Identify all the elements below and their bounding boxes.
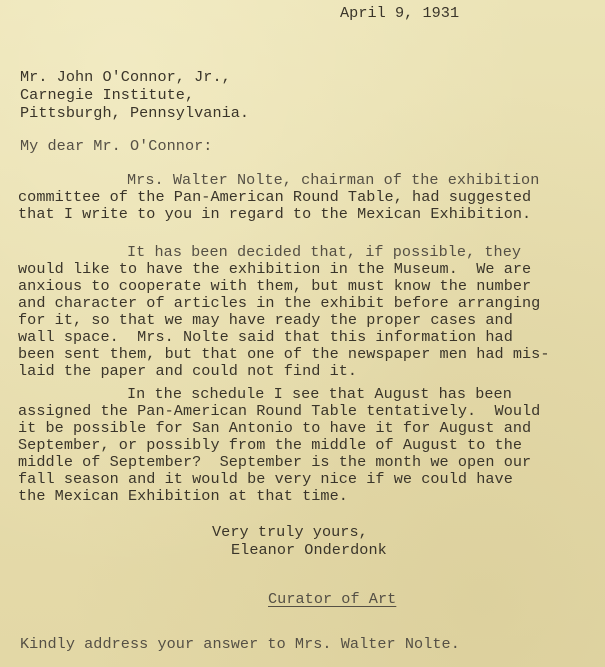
paragraph-2: It has been decided that, if possible, t… [18,244,550,380]
paragraph-line: been sent them, but that one of the news… [18,346,550,363]
paragraph-line: and character of articles in the exhibit… [18,295,550,312]
paragraph-line: the Mexican Exhibition at that time. [18,488,540,505]
letter-page: April 9, 1931 Mr. John O'Connor, Jr., Ca… [0,0,605,667]
paragraph-3: In the schedule I see that August has be… [18,386,540,505]
paragraph-line: fall season and it would be very nice if… [18,471,540,488]
recipient-city: Pittsburgh, Pennsylvania. [20,105,249,122]
paragraph-line: September, or possibly from the middle o… [18,437,540,454]
paragraph-line: laid the paper and could not find it. [18,363,550,380]
paragraph-line: anxious to cooperate with them, but must… [18,278,550,295]
paragraph-line: for it, so that we may have ready the pr… [18,312,550,329]
paragraph-1: Mrs. Walter Nolte, chairman of the exhib… [18,172,539,223]
salutation: My dear Mr. O'Connor: [20,138,212,155]
closing: Very truly yours, [212,524,368,541]
paragraph-line: assigned the Pan-American Round Table te… [18,403,540,420]
paragraph-line: that I write to you in regard to the Mex… [18,206,539,223]
paragraph-line: committee of the Pan-American Round Tabl… [18,189,539,206]
paragraph-line: In the schedule I see that August has be… [18,386,540,403]
paragraph-line: would like to have the exhibition in the… [18,261,550,278]
paragraph-line: it be possible for San Antonio to have i… [18,420,540,437]
signer-title: Curator of Art [268,591,396,608]
paragraph-line: It has been decided that, if possible, t… [18,244,550,261]
postscript: Kindly address your answer to Mrs. Walte… [20,636,460,653]
paragraph-line: middle of September? September is the mo… [18,454,540,471]
recipient-name: Mr. John O'Connor, Jr., [20,69,231,86]
recipient-organization: Carnegie Institute, [20,87,194,104]
paragraph-line: Mrs. Walter Nolte, chairman of the exhib… [18,172,539,189]
signer-name: Eleanor Onderdonk [231,542,387,559]
paragraph-line: wall space. Mrs. Nolte said that this in… [18,329,550,346]
letter-date: April 9, 1931 [340,5,459,22]
